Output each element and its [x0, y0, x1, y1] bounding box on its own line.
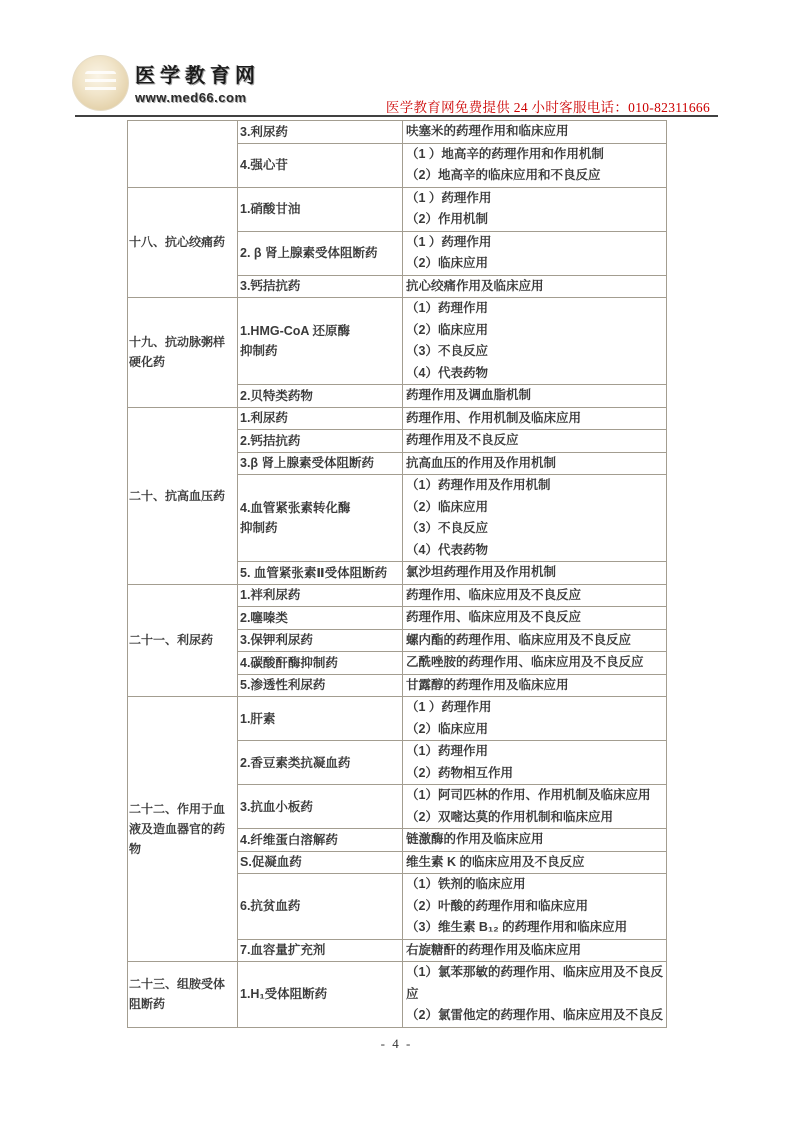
syllabus-table: 3.利尿药呋塞米的药理作用和临床应用4.强心苷（1 ）地高辛的药理作用和作用机制…	[127, 120, 667, 1028]
detail-line: （1）阿司匹林的作用、作用机制及临床应用	[404, 785, 665, 807]
item-cell: 5.渗透性利尿药	[238, 674, 403, 697]
detail-line: 药理作用、临床应用及不良反应	[404, 585, 665, 607]
detail-line: （2）临床应用	[404, 253, 665, 275]
detail-cell: （1 ）地高辛的药理作用和作用机制（2）地高辛的临床应用和不良反应	[403, 143, 667, 187]
detail-cell: （1）药理作用（2）药物相互作用	[403, 741, 667, 785]
item-cell: 2.钙拮抗药	[238, 430, 403, 453]
detail-line: 药理作用、作用机制及临床应用	[404, 408, 665, 430]
table-row: 十八、抗心绞痛药1.硝酸甘油（1 ）药理作用（2）作用机制	[128, 187, 667, 231]
table-row: 二十一、利尿药1.袢利尿药药理作用、临床应用及不良反应	[128, 584, 667, 607]
item-cell: 7.血容量扩充剂	[238, 939, 403, 962]
detail-line: （4）代表药物	[404, 363, 665, 385]
detail-line: （3）不良反应	[404, 518, 665, 540]
detail-line: （2）地高辛的临床应用和不良反应	[404, 165, 665, 187]
item-cell: 6.抗贫血药	[238, 874, 403, 940]
table-row: 二十三、组胺受体阻断药1.H₁受体阻断药（1）氯苯那敏的药理作用、临床应用及不良…	[128, 962, 667, 1028]
logo-emblem-icon	[72, 55, 129, 111]
detail-cell: 药理作用、临床应用及不良反应	[403, 607, 667, 630]
item-cell: 4.血管紧张素转化酶 抑制药	[238, 475, 403, 562]
detail-line: （2）叶酸的药理作用和临床应用	[404, 896, 665, 918]
detail-cell: （1）阿司匹林的作用、作用机制及临床应用（2）双嘧达莫的作用机制和临床应用	[403, 785, 667, 829]
category-cell: 十八、抗心绞痛药	[128, 187, 238, 298]
detail-line: （2）药物相互作用	[404, 763, 665, 785]
item-cell: 3.钙拮抗药	[238, 275, 403, 298]
detail-line: 抗高血压的作用及作用机制	[404, 453, 665, 475]
table-row: 二十、抗高血压药1.利尿药药理作用、作用机制及临床应用	[128, 407, 667, 430]
item-cell: 1.HMG-CoA 还原酶 抑制药	[238, 298, 403, 385]
detail-line: 右旋糖酐的药理作用及临床应用	[404, 940, 665, 962]
detail-line: （1）药理作用	[404, 741, 665, 763]
detail-cell: 乙酰唑胺的药理作用、临床应用及不良反应	[403, 652, 667, 675]
table-row: 3.利尿药呋塞米的药理作用和临床应用	[128, 121, 667, 144]
detail-cell: 抗高血压的作用及作用机制	[403, 452, 667, 475]
detail-line: （2）氯雷他定的药理作用、临床应用及不良反	[404, 1005, 665, 1027]
item-cell: 5. 血管紧张素Ⅱ受体阻断药	[238, 562, 403, 585]
item-cell: 4.碳酸酐酶抑制药	[238, 652, 403, 675]
detail-line: （1）药理作用	[404, 298, 665, 320]
item-cell: 4.强心苷	[238, 143, 403, 187]
detail-cell: （1）铁剂的临床应用（2）叶酸的药理作用和临床应用（3）维生素 B₁₂ 的药理作…	[403, 874, 667, 940]
detail-cell: 药理作用、临床应用及不良反应	[403, 584, 667, 607]
header-divider	[75, 115, 718, 117]
detail-line: （1）铁剂的临床应用	[404, 874, 665, 896]
detail-cell: 药理作用、作用机制及临床应用	[403, 407, 667, 430]
logo-url: www.med66.com	[135, 90, 260, 105]
document-page: 医学教育网 www.med66.com 医学教育网免费提供 24 小时客服电话：…	[0, 0, 793, 1122]
detail-line: 药理作用、临床应用及不良反应	[404, 607, 665, 629]
detail-cell: 链激酶的作用及临床应用	[403, 829, 667, 852]
detail-line: 呋塞米的药理作用和临床应用	[404, 121, 665, 143]
detail-line: 乙酰唑胺的药理作用、临床应用及不良反应	[404, 652, 665, 674]
item-cell: S.促凝血药	[238, 851, 403, 874]
item-cell: 1.H₁受体阻断药	[238, 962, 403, 1028]
detail-line: （1 ）药理作用	[404, 697, 665, 719]
item-cell: 1.硝酸甘油	[238, 187, 403, 231]
category-cell: 十九、抗动脉粥样硬化药	[128, 298, 238, 408]
item-cell: 2.香豆素类抗凝血药	[238, 741, 403, 785]
detail-cell: 右旋糖酐的药理作用及临床应用	[403, 939, 667, 962]
detail-line: （2）作用机制	[404, 209, 665, 231]
detail-cell: （1 ）药理作用（2）临床应用	[403, 697, 667, 741]
detail-cell: 药理作用及不良反应	[403, 430, 667, 453]
item-cell: 4.纤维蛋白溶解药	[238, 829, 403, 852]
category-cell: 二十二、作用于血液及造血器官的药物	[128, 697, 238, 962]
item-cell: 1.利尿药	[238, 407, 403, 430]
detail-cell: 甘露醇的药理作用及临床应用	[403, 674, 667, 697]
detail-line: 螺内酯的药理作用、临床应用及不良反应	[404, 630, 665, 652]
detail-line: （2）双嘧达莫的作用机制和临床应用	[404, 807, 665, 829]
item-cell: 1.袢利尿药	[238, 584, 403, 607]
detail-cell: （1 ）药理作用（2）临床应用	[403, 231, 667, 275]
detail-cell: （1）药理作用（2）临床应用（3）不良反应（4）代表药物	[403, 298, 667, 385]
detail-line: （1 ）药理作用	[404, 232, 665, 254]
detail-line: （1 ）药理作用	[404, 188, 665, 210]
detail-cell: （1）药理作用及作用机制（2）临床应用（3）不良反应（4）代表药物	[403, 475, 667, 562]
detail-line: （2）临床应用	[404, 719, 665, 741]
logo-title: 医学教育网	[135, 59, 260, 88]
logo-text-block: 医学教育网 www.med66.com	[135, 55, 260, 105]
detail-line: （3）不良反应	[404, 341, 665, 363]
service-hotline-text: 医学教育网免费提供 24 小时客服电话：010-82311666	[386, 96, 710, 116]
detail-cell: 维生素 K 的临床应用及不良反应	[403, 851, 667, 874]
detail-line: （4）代表药物	[404, 540, 665, 562]
detail-line: （1）氯苯那敏的药理作用、临床应用及不良反应	[404, 962, 665, 1005]
item-cell: 3.利尿药	[238, 121, 403, 144]
detail-cell: 呋塞米的药理作用和临床应用	[403, 121, 667, 144]
detail-line: 甘露醇的药理作用及临床应用	[404, 675, 665, 697]
page-number: - 4 -	[0, 1036, 793, 1052]
item-cell: 1.肝素	[238, 697, 403, 741]
detail-line: （1 ）地高辛的药理作用和作用机制	[404, 144, 665, 166]
category-cell: 二十一、利尿药	[128, 584, 238, 697]
detail-line: 链激酶的作用及临床应用	[404, 829, 665, 851]
detail-line: （2）临床应用	[404, 497, 665, 519]
item-cell: 2.贝特类药物	[238, 385, 403, 408]
detail-cell: 氯沙坦药理作用及作用机制	[403, 562, 667, 585]
item-cell: 3.保钾利尿药	[238, 629, 403, 652]
category-cell: 二十、抗高血压药	[128, 407, 238, 584]
category-cell: 二十三、组胺受体阻断药	[128, 962, 238, 1028]
detail-cell: 螺内酯的药理作用、临床应用及不良反应	[403, 629, 667, 652]
detail-line: 抗心绞痛作用及临床应用	[404, 276, 665, 298]
item-cell: 3.β 肾上腺素受体阻断药	[238, 452, 403, 475]
detail-line: 氯沙坦药理作用及作用机制	[404, 562, 665, 584]
detail-cell: 抗心绞痛作用及临床应用	[403, 275, 667, 298]
detail-line: 维生素 K 的临床应用及不良反应	[404, 852, 665, 874]
table-row: 二十二、作用于血液及造血器官的药物1.肝素（1 ）药理作用（2）临床应用	[128, 697, 667, 741]
detail-cell: 药理作用及调血脂机制	[403, 385, 667, 408]
detail-line: 药理作用及调血脂机制	[404, 385, 665, 407]
item-cell: 2. β 肾上腺素受体阻断药	[238, 231, 403, 275]
table-row: 十九、抗动脉粥样硬化药1.HMG-CoA 还原酶 抑制药（1）药理作用（2）临床…	[128, 298, 667, 385]
syllabus-table-body: 3.利尿药呋塞米的药理作用和临床应用4.强心苷（1 ）地高辛的药理作用和作用机制…	[128, 121, 667, 1028]
detail-cell: （1 ）药理作用（2）作用机制	[403, 187, 667, 231]
item-cell: 2.噻嗪类	[238, 607, 403, 630]
item-cell: 3.抗血小板药	[238, 785, 403, 829]
detail-line: 药理作用及不良反应	[404, 430, 665, 452]
detail-cell: （1）氯苯那敏的药理作用、临床应用及不良反应（2）氯雷他定的药理作用、临床应用及…	[403, 962, 667, 1028]
detail-line: （3）维生素 B₁₂ 的药理作用和临床应用	[404, 917, 665, 939]
category-cell	[128, 121, 238, 188]
detail-line: （1）药理作用及作用机制	[404, 475, 665, 497]
site-logo: 医学教育网 www.med66.com	[72, 55, 260, 111]
detail-line: （2）临床应用	[404, 320, 665, 342]
